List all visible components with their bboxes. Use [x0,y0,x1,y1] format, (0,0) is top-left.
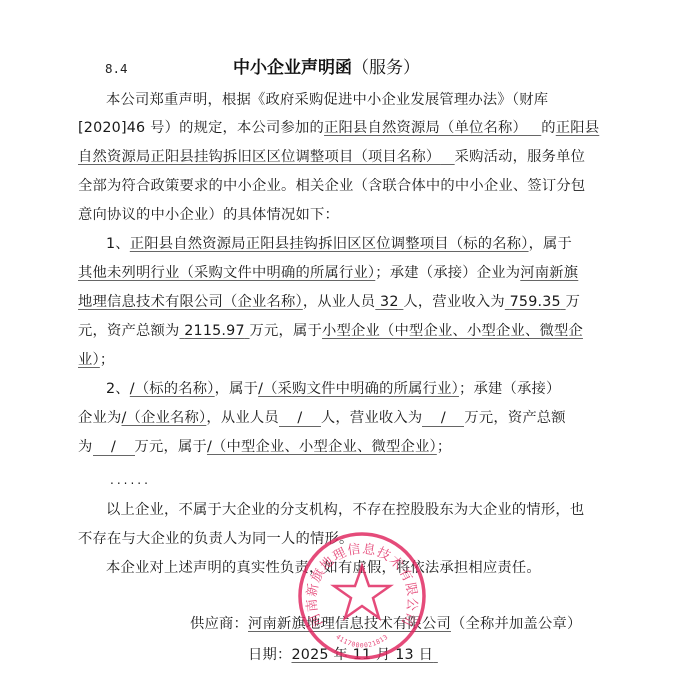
intro-text-mid: 的 [541,120,556,136]
item1-text: ；承建（承接）企业为 [375,265,520,281]
item1-line-2: 其他未列明行业（采购文件中明确的所属行业）；承建（承接）企业为河南新旗 [78,263,578,283]
statement-text-1: 以上企业，不属于大企业的分支机构，不存在控股股东为大企业的情形，也 [106,502,584,518]
item2-text: ；承建（承接） [459,381,560,397]
item1-text: ； [100,352,115,368]
item1-text: 万 [566,294,581,310]
item2-line-3: 为/万元，属于/（中型企业、小型企业、微型企业）； [78,437,451,457]
item1-index: 1、 [106,236,130,252]
title-main: 中小企业声明函 [233,58,352,78]
supplier-name: 河南新旗地理信息技术有限公司 [248,616,451,632]
page-title: 中小企业声明函（服务） [233,56,420,80]
item2-text: 人，营业收入为 [321,410,422,426]
item2-text: 为 [78,439,93,455]
date-line: 日期：2025 年 11 月 13 日 [248,645,438,665]
intro-line-2: [2020]46 号）的规定，本公司参加的正阳县自然资源局（单位名称） 的正阳县 [78,118,599,138]
statement-line-2: 不存在与大企业的负责人为同一人的情形。 [78,529,353,549]
ellipsis: ...... [110,473,151,487]
supplier-line: 供应商：河南新旗地理信息技术有限公司（全称并加盖公章） [190,614,581,634]
intro-text-4: 全部为符合政策要求的中小企业。相关企业（含联合体中的中小企业、签订分包 [78,178,585,194]
item1-line-3: 地理信息技术有限公司（企业名称），从业人员 32 人，营业收入为 759.35 … [78,292,580,312]
item1-size-part1: 小型企业（中型企业、小型企业、微型企 [322,323,583,339]
item1-text: 万元，属于 [250,323,322,339]
item2-size: /（中型企业、小型企业、微型企业） [207,439,437,455]
item2-industry: /（采购文件中明确的所属行业） [258,381,459,397]
item2-text: ，从业人员 [206,410,278,426]
intro-text-1: 本公司郑重声明，根据《政府采购促进中小企业发展管理办法》（财库 [106,92,548,108]
item2-company: /（企业名称） [122,410,207,426]
item1-text: ，属于 [529,236,573,252]
company-seal-icon: 河南新旗地理信息技术有限公司 4117000021813 [296,530,428,662]
item1-industry: 其他未列明行业（采购文件中明确的所属行业） [78,265,375,281]
statement-line-1: 以上企业，不属于大企业的分支机构，不存在控股股东为大企业的情形，也 [106,500,584,520]
section-number: 8.4 [105,59,128,79]
item2-text: 企业为 [78,410,122,426]
item1-company-part1: 河南新旗 [520,265,578,281]
supplier-label: 供应商： [190,616,248,632]
item2-index: 2、 [106,381,130,397]
intro-line-4: 全部为符合政策要求的中小企业。相关企业（含联合体中的中小企业、签订分包 [78,176,585,196]
date-value: 2025 年 11 月 13 日 [292,647,434,663]
item2-employees: / [279,410,321,427]
project-name-part2: 自然资源局正阳县挂钩拆旧区区位调整项目（项目名称） [78,149,440,165]
intro-text-2: [2020]46 号）的规定，本公司参加的 [78,120,324,136]
intro-line-3: 自然资源局正阳县挂钩拆旧区区位调整项目（项目名称） 采购活动，服务单位 [78,147,585,167]
project-name-part1: 正阳县 [556,120,600,136]
item2-assets: / [93,439,135,456]
intro-line-1: 本公司郑重声明，根据《政府采购促进中小企业发展管理办法》（财库 [106,90,548,110]
item1-line-1: 1、正阳县自然资源局正阳县挂钩拆旧区区位调整项目（标的名称），属于 [106,234,572,254]
intro-text-3: 采购活动，服务单位 [455,149,585,165]
item1-text: 人，营业收入为 [403,294,504,310]
declaration-page: 8.4 中小企业声明函（服务） 本公司郑重声明，根据《政府采购促进中小企业发展管… [0,0,697,679]
item1-company-part2: 地理信息技术有限公司（企业名称） [78,294,303,310]
intro-line-5: 意向协议的中小企业）的具体情况如下： [78,205,339,225]
statement-text-2: 不存在与大企业的负责人为同一人的情形。 [78,531,353,547]
date-label: 日期： [248,647,292,663]
statement-line-3: 本企业对上述声明的真实性负责，如有虚假，将依法承担相应责任。 [106,558,541,578]
item2-text: ； [437,439,452,455]
item2-text: ，属于 [215,381,259,397]
item2-text: 万元，属于 [135,439,207,455]
item2-line-2: 企业为/（企业名称），从业人员/人，营业收入为/万元，资产总额 [78,408,566,428]
item2-revenue: / [422,410,464,427]
item1-text: ，从业人员 [303,294,375,310]
supplier-note: （全称并加盖公章） [451,616,581,632]
item1-subject-name: 正阳县自然资源局正阳县挂钩拆旧区区位调整项目（标的名称） [130,236,529,252]
item1-text: 元，资产总额为 [78,323,179,339]
title-suffix: （服务） [352,58,420,78]
item1-line-4: 元，资产总额为 2115.97 万元，属于小型企业（中型企业、小型企业、微型企 [78,321,583,341]
item1-size-part2: 业） [78,352,100,368]
item1-employees: 32 [380,294,399,310]
item1-line-5: 业）； [78,350,114,370]
item1-revenue: 759.35 [510,294,561,310]
item2-text: 万元，资产总额 [464,410,565,426]
item2-subject-name: /（标的名称） [130,381,215,397]
purchaser-name: 正阳县自然资源局（单位名称） [324,120,527,136]
intro-text-5: 意向协议的中小企业）的具体情况如下： [78,207,339,223]
statement-text-3: 本企业对上述声明的真实性负责，如有虚假，将依法承担相应责任。 [106,560,541,576]
item1-assets: 2115.97 [184,323,245,339]
item2-line-1: 2、/（标的名称），属于/（采购文件中明确的所属行业）；承建（承接） [106,379,560,399]
